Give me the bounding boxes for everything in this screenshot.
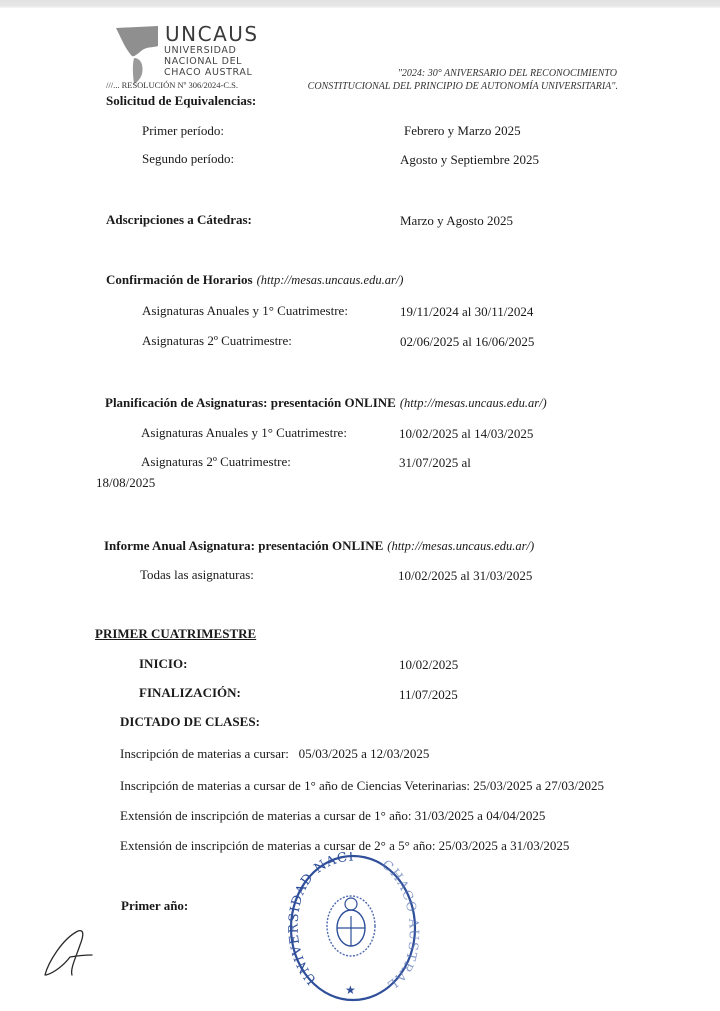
planificacion-value-2-cont: 18/08/2025 <box>96 475 155 491</box>
logo-sub-line-3: CHACO AUSTRAL <box>164 68 252 78</box>
svg-text:UNIVERSIDAD NACI: UNIVERSIDAD NACI <box>287 852 355 987</box>
aniversario-line-1: "2024: 30° ANIVERSARIO DEL RECONOCIMIENT… <box>398 68 617 79</box>
finalizacion-label: FINALIZACIÓN: <box>139 685 241 701</box>
signature-icon <box>40 925 100 980</box>
primer-anio-label: Primer año: <box>121 898 188 914</box>
planificacion-url[interactable]: (http://mesas.uncaus.edu.ar/) <box>400 396 547 410</box>
svg-text:★: ★ <box>345 983 356 997</box>
finalizacion-value: 11/07/2025 <box>399 687 458 703</box>
planificacion-value-1: 10/02/2025 al 14/03/2025 <box>399 426 533 442</box>
confirmacion-label-1: Asignaturas Anuales y 1° Cuatrimestre: <box>142 303 348 319</box>
aniversario-line-2: CONSTITUCIONAL DEL PRINCIPIO DE AUTONOMÍ… <box>308 81 618 92</box>
informe-heading: Informe Anual Asignatura: presentación O… <box>104 537 534 555</box>
planificacion-label-2: Asignaturas 2º Cuatrimestre: <box>141 454 291 470</box>
equivalencias-value-1: Febrero y Marzo 2025 <box>404 123 521 139</box>
dictado-item-1: Inscripción de materias a cursar: 05/03/… <box>120 746 429 762</box>
equivalencias-value-2: Agosto y Septiembre 2025 <box>400 152 539 168</box>
dictado-item-2: Inscripción de materias a cursar de 1° a… <box>120 778 604 794</box>
informe-url[interactable]: (http://mesas.uncaus.edu.ar/) <box>387 539 534 553</box>
inicio-value: 10/02/2025 <box>399 657 458 673</box>
university-seal-stamp-icon: UNIVERSIDAD NACI CHACO AUSTRAL ★ <box>285 852 420 1002</box>
confirmacion-value-2: 02/06/2025 al 16/06/2025 <box>400 334 534 350</box>
confirmacion-label-2: Asignaturas 2º Cuatrimestre: <box>142 333 292 349</box>
equivalencias-label-1: Primer período: <box>142 123 224 139</box>
adscripciones-title: Adscripciones a Cátedras: <box>106 212 252 228</box>
planificacion-value-2: 31/07/2025 al <box>399 455 471 471</box>
planificacion-title: Planificación de Asignaturas: presentaci… <box>105 395 396 410</box>
dictado-item-3: Extensión de inscripción de materias a c… <box>120 808 545 824</box>
confirmacion-title: Confirmación de Horarios <box>106 272 253 287</box>
resolucion-number: ///... RESOLUCIÓN Nº 306/2024-C.S. <box>106 80 238 90</box>
uncaus-logo-icon <box>114 24 160 84</box>
equivalencias-title: Solicitud de Equivalencias: <box>106 93 256 109</box>
logo-name: UNCAUS <box>165 22 259 46</box>
equivalencias-label-2: Segundo período: <box>142 151 234 167</box>
informe-label-1: Todas las asignaturas: <box>140 567 254 583</box>
svg-text:CHACO AUSTRAL: CHACO AUSTRAL <box>379 857 420 992</box>
informe-title: Informe Anual Asignatura: presentación O… <box>104 538 383 553</box>
adscripciones-value: Marzo y Agosto 2025 <box>400 213 513 229</box>
confirmacion-url[interactable]: (http://mesas.uncaus.edu.ar/) <box>257 273 404 287</box>
planificacion-heading: Planificación de Asignaturas: presentaci… <box>105 394 547 412</box>
viewer-top-bar <box>0 0 720 8</box>
confirmacion-value-1: 19/11/2024 al 30/11/2024 <box>400 304 533 320</box>
planificacion-label-1: Asignaturas Anuales y 1° Cuatrimestre: <box>141 425 347 441</box>
logo-sub-line-1: UNIVERSIDAD <box>164 46 236 56</box>
logo-sub-line-2: NACIONAL DEL <box>164 57 242 67</box>
informe-value-1: 10/02/2025 al 31/03/2025 <box>398 568 532 584</box>
confirmacion-heading: Confirmación de Horarios (http://mesas.u… <box>106 271 403 289</box>
dictado-title: DICTADO DE CLASES: <box>120 714 260 730</box>
inicio-label: INICIO: <box>139 656 187 672</box>
primer-cuatrimestre-title: PRIMER CUATRIMESTRE <box>95 626 256 642</box>
